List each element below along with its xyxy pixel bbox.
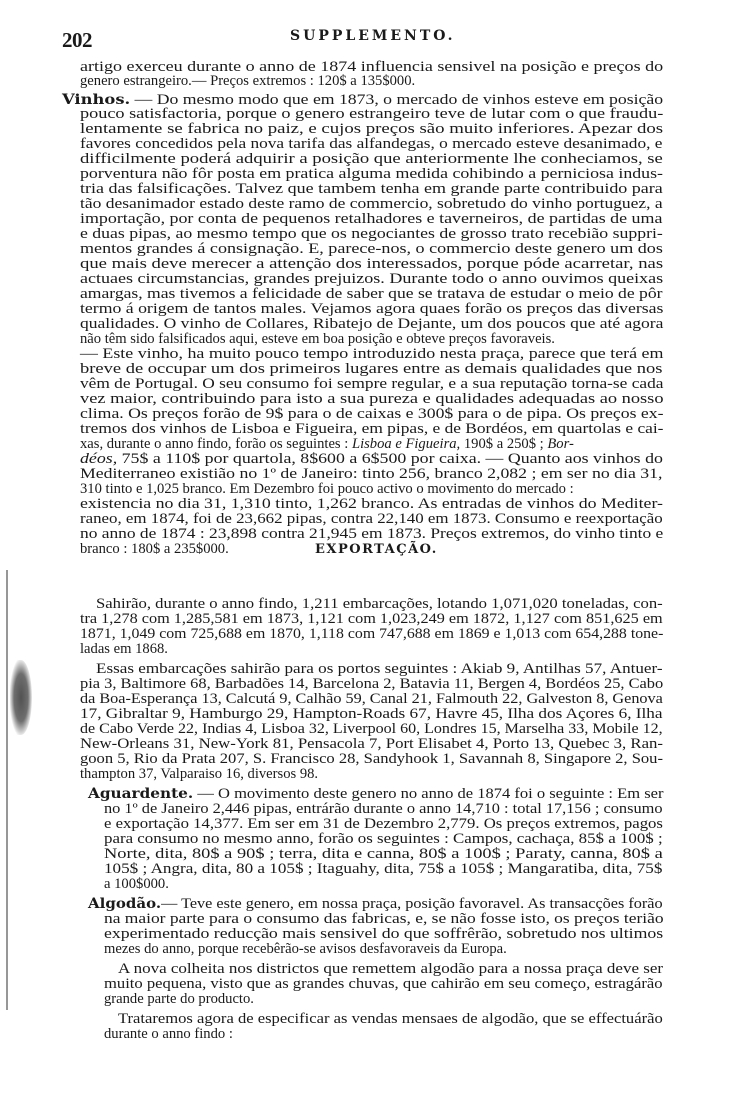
line-text: pia 3, Baltimore 68, Barbadões 14, Barce… [80, 676, 663, 692]
text-line: lentamente se fabrica no paiz, e cujos p… [80, 122, 663, 137]
line-text: goon 5, Rio da Prata 207, S. Francisco 2… [80, 751, 663, 767]
line-text: 17, Gibraltar 9, Hamburgo 29, Hampton-Ro… [80, 706, 663, 722]
text-line: a 100$000. [104, 877, 169, 892]
line-text: muito pequena, visto que as grandes chuv… [104, 976, 663, 992]
line-text: xas, durante o anno findo, forão os segu… [80, 436, 352, 452]
text-line: não têm sido falsificados aqui, esteve e… [80, 332, 555, 347]
line-text: para consumo no mesmo anno, forão os seg… [104, 831, 663, 847]
line-text: Norte, dita, 80$ a 90$ ; terra, dita e c… [104, 846, 663, 862]
text-line: déos, 75$ a 110$ por quartola, 8$600 a 6… [80, 452, 663, 467]
text-line: na maior parte para o consumo das fabric… [104, 912, 664, 927]
text-line: pouco satisfactoria, porque o genero est… [80, 107, 663, 122]
line-text: tra 1,278 com 1,285,581 em 1873, 1,121 c… [80, 611, 663, 627]
text-line: Aguardente. — O movimento deste genero n… [88, 787, 663, 802]
line-text: importação, por conta de pequenos retalh… [80, 211, 662, 227]
ink-blot-mark [10, 660, 32, 735]
text-line: Algodão.— Teve este genero, em nossa pra… [88, 897, 663, 912]
text-line: A nova colheita nos districtos que remet… [118, 962, 663, 977]
line-text: da Boa-Esperança 13, Calcutá 9, Calhão 5… [80, 691, 663, 707]
line-text: Essas embarcações sahirão para os portos… [96, 661, 663, 677]
text-line: favores concedidos pela nova tarifa das … [80, 137, 662, 152]
margin-rule [6, 570, 8, 1010]
line-text: tria das falsificações. Talvez que tambe… [80, 181, 663, 197]
line-text: qualidades. O vinho de Collares, Ribatej… [80, 316, 663, 332]
line-text: clima. Os preços forão de 9$ para o de c… [80, 406, 664, 422]
text-line: vez maior, contribuindo para isto a sua … [80, 392, 664, 407]
line-text: tremos dos vinhos de Lisboa e Figueira, … [80, 421, 663, 437]
line-text: lentamente se fabrica no paiz, e cujos p… [80, 121, 663, 137]
text-line: branco : 180$ a 235$000. [80, 542, 229, 557]
line-text: na maior parte para o consumo das fabric… [104, 911, 664, 927]
text-line: mezes do anno, porque recebêrão-se aviso… [104, 942, 507, 957]
line-text: grande parte do producto. [104, 991, 254, 1007]
line-text: A nova colheita nos districtos que remet… [118, 961, 663, 977]
text-line: e duas pipas, ao mesmo tempo que os nego… [80, 227, 663, 242]
line-text: que mais deve merecer a attenção dos int… [80, 256, 663, 272]
text-line: ladas em 1868. [80, 642, 168, 657]
text-line: pia 3, Baltimore 68, Barbadões 14, Barce… [80, 677, 663, 692]
text-line: no 1º de Janeiro 2,446 pipas, entrárão d… [104, 802, 663, 817]
text-line: que mais deve merecer a attenção dos int… [80, 257, 663, 272]
text-line: experimentado reducção mais sensivel do … [104, 927, 663, 942]
text-line: porventura não fôr posta em pratica algu… [80, 167, 663, 182]
text-line: breve de occupar um dos primeiros lugare… [80, 362, 662, 377]
text-line: clima. Os preços forão de 9$ para o de c… [80, 407, 664, 422]
text-line: no anno de 1874 : 23,898 contra 21,945 e… [80, 527, 663, 542]
text-line: 1871, 1,049 com 725,688 em 1870, 1,118 c… [80, 627, 663, 642]
line-text: existencia no dia 31, 1,310 tinto, 1,262… [80, 496, 663, 512]
text-line: New-Orleans 31, New-York 81, Pensacola 7… [80, 737, 663, 752]
page-number: 202 [62, 28, 92, 53]
line-text: 75$ a 110$ por quartola, 8$600 a 6$500 p… [117, 451, 663, 467]
line-text: no 1º de Janeiro 2,446 pipas, entrárão d… [104, 801, 663, 817]
line-text: — Teve este genero, em nossa praça, posi… [161, 896, 663, 912]
text-line: para consumo no mesmo anno, forão os seg… [104, 832, 663, 847]
text-line: thampton 37, Valparaiso 16, diversos 98. [80, 767, 318, 782]
text-line: Norte, dita, 80$ a 90$ ; terra, dita e c… [104, 847, 663, 862]
line-text: tão desanimador estado deste ramo de com… [80, 196, 663, 212]
text-line: tremos dos vinhos de Lisboa e Figueira, … [80, 422, 663, 437]
text-line: 310 tinto e 1,025 branco. Em Dezembro fo… [80, 482, 574, 497]
line-text: thampton 37, Valparaiso 16, diversos 98. [80, 766, 318, 782]
text-line: tra 1,278 com 1,285,581 em 1873, 1,121 c… [80, 612, 663, 627]
text-line: mentos grandes á consignação. E, parece-… [80, 242, 663, 257]
line-text: New-Orleans 31, New-York 81, Pensacola 7… [80, 736, 663, 752]
text-line: raneo, em 1874, foi de 23,662 pipas, con… [80, 512, 663, 527]
text-line: 105$ ; Angra, dita, 80 a 105$ ; Itaguahy… [104, 862, 662, 877]
line-text: amargas, mas tivemos a felicidade de sab… [80, 286, 662, 302]
line-text: — O movimento deste genero no anno de 18… [193, 786, 663, 802]
line-text: favores concedidos pela nova tarifa das … [80, 136, 662, 152]
text-line: muito pequena, visto que as grandes chuv… [104, 977, 663, 992]
text-line: da Boa-Esperança 13, Calcutá 9, Calhão 5… [80, 692, 663, 707]
text-line: Mediterraneo existião no 1º de Janeiro: … [80, 467, 662, 482]
italic-term: déos, [80, 451, 117, 467]
text-line: e exportação 14,377. Em ser em 31 de Dez… [104, 817, 663, 832]
text-line: Sahirão, durante o anno findo, 1,211 emb… [96, 597, 663, 612]
line-text: mezes do anno, porque recebêrão-se aviso… [104, 941, 507, 957]
text-line: 17, Gibraltar 9, Hamburgo 29, Hampton-Ro… [80, 707, 663, 722]
line-text: e exportação 14,377. Em ser em 31 de Dez… [104, 816, 663, 832]
line-text: ladas em 1868. [80, 641, 168, 657]
text-line: qualidades. O vinho de Collares, Ribatej… [80, 317, 663, 332]
line-text: Sahirão, durante o anno findo, 1,211 emb… [96, 596, 663, 612]
line-text: a 100$000. [104, 876, 169, 892]
text-line: grande parte do producto. [104, 992, 254, 1007]
line-text: vez maior, contribuindo para isto a sua … [80, 391, 664, 407]
line-text: 105$ ; Angra, dita, 80 a 105$ ; Itaguahy… [104, 861, 662, 877]
text-line: difficilmente poderá adquirir a posição … [80, 152, 663, 167]
line-text: 190$ a 250$ ; [460, 436, 547, 452]
text-line: Trataremos agora de especificar as venda… [118, 1012, 663, 1027]
line-text: genero estrangeiro.— Preços extremos : 1… [80, 73, 415, 89]
line-text: mentos grandes á consignação. E, parece-… [80, 241, 663, 257]
line-text: 310 tinto e 1,025 branco. Em Dezembro fo… [80, 481, 574, 497]
italic-term: Bor- [547, 436, 573, 452]
line-text: raneo, em 1874, foi de 23,662 pipas, con… [80, 511, 663, 527]
text-line: importação, por conta de pequenos retalh… [80, 212, 662, 227]
line-text: termo á origem de tantos males. Vejamos … [80, 301, 663, 317]
line-text: durante o anno findo : [104, 1026, 233, 1042]
line-text: porventura não fôr posta em pratica algu… [80, 166, 663, 182]
text-line: tria das falsificações. Talvez que tambe… [80, 182, 663, 197]
line-text: branco : 180$ a 235$000. [80, 541, 229, 557]
line-text: vêm de Portugal. O seu consumo foi sempr… [80, 376, 663, 392]
text-line: existencia no dia 31, 1,310 tinto, 1,262… [80, 497, 663, 512]
text-line: de Cabo Verde 22, Indias 4, Lisboa 32, L… [80, 722, 663, 737]
text-line: amargas, mas tivemos a felicidade de sab… [80, 287, 662, 302]
running-title: SUPPLEMENTO. [290, 28, 456, 44]
line-text: experimentado reducção mais sensivel do … [104, 926, 663, 942]
line-text: actuaes circumstancias, grandes prejuizo… [80, 271, 663, 287]
text-line: vêm de Portugal. O seu consumo foi sempr… [80, 377, 663, 392]
line-text: — Este vinho, ha muito pouco tempo intro… [80, 346, 663, 362]
text-line: xas, durante o anno findo, forão os segu… [80, 437, 574, 452]
text-line: actuaes circumstancias, grandes prejuizo… [80, 272, 663, 287]
line-text: breve de occupar um dos primeiros lugare… [80, 361, 662, 377]
text-line: goon 5, Rio da Prata 207, S. Francisco 2… [80, 752, 663, 767]
text-line: termo á origem de tantos males. Vejamos … [80, 302, 663, 317]
text-line: tão desanimador estado deste ramo de com… [80, 197, 663, 212]
line-text: não têm sido falsificados aqui, esteve e… [80, 331, 555, 347]
line-text: pouco satisfactoria, porque o genero est… [80, 106, 663, 122]
text-line: genero estrangeiro.— Preços extremos : 1… [80, 74, 415, 89]
section-heading-exportacao: EXPORTAÇÃO. [315, 542, 438, 557]
text-line: Essas embarcações sahirão para os portos… [96, 662, 663, 677]
line-text: no anno de 1874 : 23,898 contra 21,945 e… [80, 526, 663, 542]
section-lead-term: Aguardente. [88, 786, 193, 802]
line-text: 1871, 1,049 com 725,688 em 1870, 1,118 c… [80, 626, 663, 642]
italic-term: Lisboa e Figueira, [352, 436, 460, 452]
text-line: durante o anno findo : [104, 1027, 233, 1042]
line-text: Trataremos agora de especificar as venda… [118, 1011, 663, 1027]
line-text: e duas pipas, ao mesmo tempo que os nego… [80, 226, 663, 242]
line-text: difficilmente poderá adquirir a posição … [80, 151, 663, 167]
text-line: — Este vinho, ha muito pouco tempo intro… [80, 347, 663, 362]
line-text: de Cabo Verde 22, Indias 4, Lisboa 32, L… [80, 721, 663, 737]
line-text: Mediterraneo existião no 1º de Janeiro: … [80, 466, 662, 482]
section-lead-term: Algodão. [88, 896, 161, 912]
